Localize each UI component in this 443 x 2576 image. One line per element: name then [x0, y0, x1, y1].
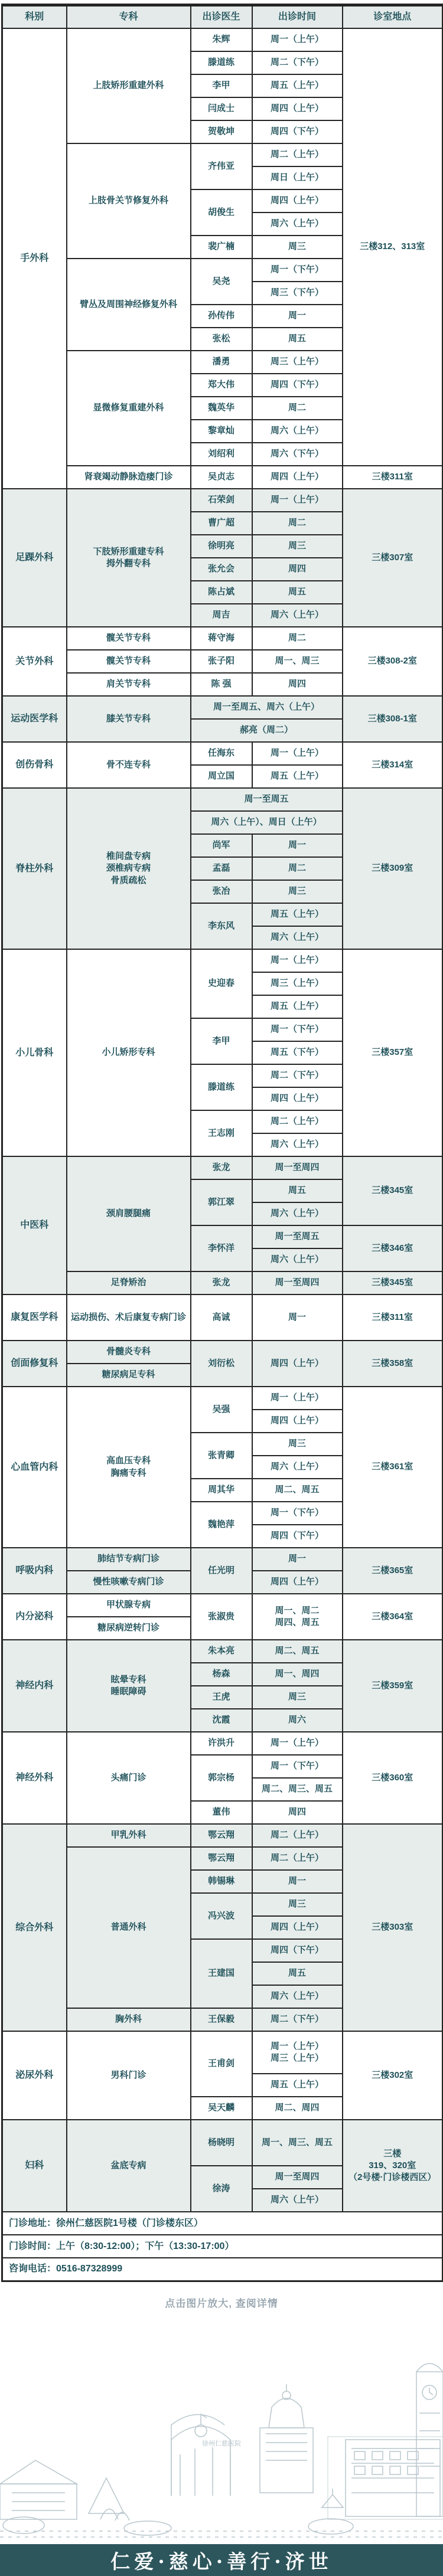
time-cell: 周四（上午） — [252, 1410, 343, 1433]
time-cell: 周二、周五 — [252, 1640, 343, 1663]
time-cell: 周一至周五 — [191, 788, 343, 811]
doctor-cell: 滕道练 — [191, 51, 252, 74]
dept-cell: 脊柱外科 — [2, 788, 67, 949]
time-cell: 周五 — [252, 1962, 343, 1985]
time-cell: 周二（上午） — [252, 1110, 343, 1133]
doctor-cell: 尚军 — [191, 834, 252, 857]
table-row: 心血管内科高血压专科胸痛专科吴强周一（上午）三楼361室 — [2, 1387, 443, 1410]
doctor-cell: 张松 — [191, 328, 252, 351]
dept-cell: 运动医学科 — [2, 696, 67, 742]
slogan-banner: 仁爱·慈心·善行·济世 — [0, 2544, 443, 2576]
specialty-cell: 髋关节专科 — [67, 627, 191, 650]
time-cell: 周一 — [252, 834, 343, 857]
time-cell: 周三（上午） — [252, 351, 343, 374]
table-row: 关节外科髋关节专科蒋守海周二三楼308-2室 — [2, 627, 443, 650]
table-row: 神经外科头痛门诊许洪升周一（上午）三楼360室 — [2, 1732, 443, 1755]
table-row: 创伤骨科骨不连专科任海东周一（上午）三楼314室 — [2, 742, 443, 765]
doctor-cell: 郭宗杨 — [191, 1755, 252, 1801]
specialty-cell: 小儿矫形专科 — [67, 949, 191, 1156]
doctor-cell: 任海东 — [191, 742, 252, 765]
dept-cell: 手外科 — [2, 28, 67, 489]
doctor-cell: 胡俊生 — [191, 189, 252, 236]
time-cell: 周四 — [252, 673, 343, 696]
header-cell: 科别 — [2, 5, 67, 29]
time-cell: 周二（上午） — [252, 143, 343, 166]
location-cell: 三楼361室 — [343, 1387, 443, 1548]
doctor-cell: 刘衍松 — [191, 1341, 252, 1387]
location-cell: 三楼345室 — [343, 1156, 443, 1225]
doctor-cell: 朱辉 — [191, 28, 252, 51]
time-cell: 周五（下午） — [252, 1041, 343, 1064]
time-cell: 周一（上午）周三（上午） — [252, 2031, 343, 2074]
doctor-cell: 徐涛 — [191, 2166, 252, 2212]
time-cell: 周六（上午） — [252, 213, 343, 236]
time-cell: 周五 — [252, 328, 343, 351]
footer-hours-cell: 门诊时间：上午（8:30-12:00）；下午（13:30-17:00） — [2, 2235, 443, 2258]
header-cell: 诊室地点 — [343, 5, 443, 29]
specialty-cell: 骨髓炎专科 — [67, 1341, 191, 1364]
doctor-cell: 张龙 — [191, 1271, 252, 1294]
doctor-cell: 许洪升 — [191, 1732, 252, 1755]
time-cell: 周四（上午） — [252, 1571, 343, 1594]
doctor-cell: 魏英华 — [191, 397, 252, 420]
time-cell: 周四（下午） — [252, 1939, 343, 1962]
location-cell: 三楼358室 — [343, 1341, 443, 1387]
doctor-cell: 王志刚 — [191, 1110, 252, 1156]
time-cell: 周四（上午） — [252, 189, 343, 213]
dept-cell: 创伤骨科 — [2, 742, 67, 788]
time-cell: 周五（上午） — [252, 995, 343, 1018]
time-cell: 周一至周五、周六（上午） — [191, 696, 343, 719]
specialty-cell: 肩关节专科 — [67, 673, 191, 696]
table-row: 足踝外科下肢矫形重建专科拇外翻专科石荣剑周一（上午）三楼307室 — [2, 489, 443, 512]
footer-phone-cell: 咨询电话：0516-87328999 — [2, 2258, 443, 2281]
time-cell: 周三 — [252, 1893, 343, 1916]
time-cell: 周二（下午） — [252, 2008, 343, 2031]
time-cell: 周四（上午） — [252, 1916, 343, 1939]
time-cell: 周六（上午） — [252, 926, 343, 949]
time-cell: 周五（上午） — [252, 2074, 343, 2097]
time-cell: 周一（下午） — [252, 1502, 343, 1525]
specialty-cell: 慢性咳嗽专病门诊 — [67, 1571, 191, 1594]
sketch-signage-text: 徐州仁慈医院 — [202, 2439, 241, 2447]
dept-cell: 内分泌科 — [2, 1594, 67, 1640]
time-cell: 周六 — [252, 1709, 343, 1732]
doctor-cell: 史迎春 — [191, 949, 252, 1018]
time-cell: 周一（下午） — [252, 1018, 343, 1041]
specialty-cell: 眩晕专科睡眠障碍 — [67, 1640, 191, 1732]
specialty-cell: 上肢骨关节修复外科 — [67, 143, 191, 259]
time-cell: 周一至周四 — [252, 2166, 343, 2189]
time-cell: 周一 — [252, 1548, 343, 1571]
table-row: 门诊时间：上午（8:30-12:00）；下午（13:30-17:00） — [2, 2235, 443, 2258]
specialty-cell: 显微修复重建外科 — [67, 351, 191, 466]
doctor-cell: 蒋守海 — [191, 627, 252, 650]
time-cell: 周六（上午） — [252, 604, 343, 627]
time-cell: 周四 — [252, 1801, 343, 1824]
doctor-cell: 曹广超 — [191, 512, 252, 535]
table-row: 足脊矫治张龙周一至周四三楼345室 — [2, 1271, 443, 1294]
specialty-cell: 运动损伤、术后康复专病门诊 — [67, 1294, 191, 1341]
table-row: 综合外科甲乳外科鄂云翔周二（上午）三楼303室 — [2, 1824, 443, 1847]
time-cell: 周六（下午） — [252, 443, 343, 466]
time-cell: 周三 — [252, 535, 343, 558]
doctor-cell: 刘绍利 — [191, 443, 252, 466]
specialty-cell: 头痛门诊 — [67, 1732, 191, 1824]
time-cell: 周六（上午） — [252, 2189, 343, 2212]
dept-cell: 小儿骨科 — [2, 949, 67, 1156]
time-cell: 周四（下午） — [252, 374, 343, 397]
doctor-cell: 张淑贵 — [191, 1594, 252, 1640]
doctor-cell: 吴贞志 — [191, 466, 252, 489]
doctor-cell: 齐伟亚 — [191, 143, 252, 189]
table-row: 运动医学科膝关节专科周一至周五、周六（上午）三楼308-1室 — [2, 696, 443, 719]
dept-cell: 神经内科 — [2, 1640, 67, 1732]
location-cell: 三楼311室 — [343, 1294, 443, 1341]
doctor-cell: 贺敬坤 — [191, 120, 252, 143]
doctor-cell: 郭江翠 — [191, 1179, 252, 1225]
table-row: 手外科上肢矫形重建外科朱辉周一（上午）三楼312、313室 — [2, 28, 443, 51]
specialty-cell: 骨不连专科 — [67, 742, 191, 788]
dept-cell: 神经外科 — [2, 1732, 67, 1824]
table-row: 肾衰竭动静脉造瘘门诊吴贞志周四（上午）三楼311室 — [2, 466, 443, 489]
table-row: 中医科颈肩腰腿痛张龙周一至周四三楼345室 — [2, 1156, 443, 1179]
doctor-cell: 杨晓明 — [191, 2120, 252, 2166]
specialty-cell: 颈肩腰腿痛 — [67, 1156, 191, 1271]
location-cell: 三楼346室 — [343, 1225, 443, 1271]
time-cell: 周一（上午） — [252, 1387, 343, 1410]
time-cell: 周四（下午） — [252, 1525, 343, 1548]
doctor-cell: 石荣剑 — [191, 489, 252, 512]
time-cell: 周三 — [252, 1433, 343, 1456]
time-cell: 周一、周三 — [252, 650, 343, 673]
time-cell: 周一（上午） — [252, 28, 343, 51]
dept-cell: 心血管内科 — [2, 1387, 67, 1548]
time-cell: 周二 — [252, 397, 343, 420]
time-cell: 周六（上午） — [252, 1248, 343, 1271]
doctor-cell: 郑大伟 — [191, 374, 252, 397]
dept-cell: 中医科 — [2, 1156, 67, 1294]
time-cell: 周六（上午） — [252, 1133, 343, 1156]
doctor-cell: 闫成士 — [191, 97, 252, 120]
dept-cell: 综合外科 — [2, 1824, 67, 2031]
doctor-cell: 王甫剑 — [191, 2031, 252, 2097]
schedule-image[interactable]: 科别专科出诊医生出诊时间诊室地点 手外科上肢矫形重建外科朱辉周一（上午）三楼31… — [0, 0, 443, 2282]
time-cell: 周二 — [252, 857, 343, 880]
footer-address-cell: 门诊地址：徐州仁慈医院1号楼（门诊楼东区） — [2, 2212, 443, 2235]
doctor-cell: 张允会 — [191, 558, 252, 581]
time-cell: 周三 — [252, 236, 343, 259]
doctor-cell: 魏艳萍 — [191, 1502, 252, 1548]
time-cell: 周一、周三、周五 — [252, 2120, 343, 2166]
doctor-cell: 徐明亮 — [191, 535, 252, 558]
doctor-cell: 李甲 — [191, 1018, 252, 1064]
doctor-cell: 张龙 — [191, 1156, 252, 1179]
specialty-cell: 髋关节专科 — [67, 650, 191, 673]
specialty-cell: 盆底专病 — [67, 2120, 191, 2212]
doctor-cell: 吴天麟 — [191, 2097, 252, 2120]
table-row: 康复医学科运动损伤、术后康复专病门诊高诚周一三楼311室 — [2, 1294, 443, 1341]
specialty-cell: 上肢矫形重建外科 — [67, 28, 191, 143]
location-cell: 三楼365室 — [343, 1548, 443, 1594]
time-cell: 周五（上午） — [252, 765, 343, 788]
time-cell: 周一、周二周四、周五 — [252, 1594, 343, 1640]
doctor-cell: 张青卿 — [191, 1433, 252, 1479]
doctor-cell: 吴尧 — [191, 259, 252, 305]
schedule-table: 科别专科出诊医生出诊时间诊室地点 手外科上肢矫形重建外科朱辉周一（上午）三楼31… — [1, 4, 443, 2282]
location-cell: 三楼314室 — [343, 742, 443, 788]
time-cell: 周日（上午） — [252, 166, 343, 189]
enlarge-hint-text: 点击图片放大, 查阅详情 — [0, 2295, 443, 2310]
location-cell: 三楼364室 — [343, 1594, 443, 1640]
time-cell: 周二（下午） — [252, 1064, 343, 1087]
location-cell: 三楼359室 — [343, 1640, 443, 1732]
specialty-cell: 糖尿病逆转门诊 — [67, 1617, 191, 1640]
time-cell: 周一（下午） — [252, 259, 343, 282]
specialty-cell: 高血压专科胸痛专科 — [67, 1387, 191, 1548]
doctor-cell: 沈霞 — [191, 1709, 252, 1732]
doctor-cell: 任光明 — [191, 1548, 252, 1594]
time-cell: 周二、周五 — [252, 1479, 343, 1502]
doctor-cell: 李东风 — [191, 903, 252, 949]
time-cell: 周一至周五 — [252, 1225, 343, 1248]
location-cell: 三楼309室 — [343, 788, 443, 949]
time-cell: 周二 — [252, 512, 343, 535]
time-cell: 周二（上午） — [252, 1824, 343, 1847]
doctor-cell: 潘勇 — [191, 351, 252, 374]
doctor-cell: 吴强 — [191, 1387, 252, 1433]
doctor-cell: 杨森 — [191, 1663, 252, 1686]
doctor-cell: 孟磊 — [191, 857, 252, 880]
time-cell: 周一至周四 — [252, 1271, 343, 1294]
doctor-cell: 鄂云翔 — [191, 1824, 252, 1847]
dept-cell: 泌尿外科 — [2, 2031, 67, 2120]
dept-cell: 呼吸内科 — [2, 1548, 67, 1594]
table-row: 呼吸内科肺结节专病门诊任光明周一三楼365室 — [2, 1548, 443, 1571]
time-cell: 周四（上午） — [252, 1087, 343, 1110]
specialty-cell: 糖尿病足专科 — [67, 1364, 191, 1387]
table-row: 泌尿外科男科门诊王甫剑周一（上午）周三（上午）三楼302室 — [2, 2031, 443, 2074]
doctor-cell: 孙传伟 — [191, 305, 252, 328]
time-cell: 周一（下午） — [252, 1755, 343, 1778]
doctor-cell: 周立国 — [191, 765, 252, 788]
doctor-cell: 张冶 — [191, 880, 252, 903]
specialty-cell: 椎间盘专病颈椎病专病骨质疏松 — [67, 788, 191, 949]
header-cell: 专科 — [67, 5, 191, 29]
location-cell: 三楼307室 — [343, 489, 443, 627]
time-cell: 周二（下午） — [252, 51, 343, 74]
time-cell: 周六（上午）、周日（上午） — [191, 811, 343, 834]
table-row: 脊柱外科椎间盘专病颈椎病专病骨质疏松周一至周五三楼309室 — [2, 788, 443, 811]
dept-cell: 康复医学科 — [2, 1294, 67, 1341]
specialty-cell: 膝关节专科 — [67, 696, 191, 742]
time-cell: 周一（上午） — [252, 489, 343, 512]
doctor-cell: 王虎 — [191, 1686, 252, 1709]
time-cell: 周五 — [252, 1179, 343, 1202]
time-cell: 周一（上午） — [252, 742, 343, 765]
location-cell: 三楼308-1室 — [343, 696, 443, 742]
time-cell: 周六（上午） — [252, 420, 343, 443]
doctor-cell: 鄂云翔 — [191, 1847, 252, 1870]
time-cell: 周四（上午） — [252, 1341, 343, 1387]
header-cell: 出诊时间 — [252, 5, 343, 29]
location-cell: 三楼302室 — [343, 2031, 443, 2120]
doctor-cell: 董伟 — [191, 1801, 252, 1824]
slogan-text: 仁爱·慈心·善行·济世 — [110, 2546, 332, 2574]
time-cell: 周一 — [252, 305, 343, 328]
location-cell: 三楼303室 — [343, 1824, 443, 2031]
specialty-cell: 甲乳外科 — [67, 1824, 191, 1847]
time-cell: 周五 — [252, 581, 343, 604]
doctor-cell: 王建国 — [191, 1939, 252, 2008]
time-cell: 周六（上午） — [252, 1202, 343, 1225]
specialty-cell: 男科门诊 — [67, 2031, 191, 2120]
time-cell: 周三 — [252, 1686, 343, 1709]
time-cell: 周六（上午） — [252, 1456, 343, 1479]
time-cell: 周一至周四 — [252, 1156, 343, 1179]
time-cell: 周三（下午） — [252, 282, 343, 305]
location-cell: 三楼319、320室（2号楼·门诊楼西区） — [343, 2120, 443, 2212]
specialty-cell: 足脊矫治 — [67, 1271, 191, 1294]
time-cell: 周五（上午） — [252, 74, 343, 97]
doctor-cell: 陈占斌 — [191, 581, 252, 604]
time-cell: 周五（上午） — [252, 903, 343, 926]
time-cell: 周四（上午） — [252, 466, 343, 489]
table-row: 妇科盆底专病杨晓明周一、周三、周五三楼319、320室（2号楼·门诊楼西区） — [2, 2120, 443, 2166]
specialty-cell: 臂丛及周围神经修复外科 — [67, 259, 191, 351]
time-cell: 周六（上午） — [252, 1985, 343, 2008]
doctor-cell: 裴广楠 — [191, 236, 252, 259]
doctor-cell: 韩锡琳 — [191, 1870, 252, 1893]
hospital-illustration: 徐州仁慈医院 — [0, 2336, 443, 2544]
table-row: 小儿骨科小儿矫形专科史迎春周一（上午）三楼357室 — [2, 949, 443, 972]
time-cell: 周三 — [252, 880, 343, 903]
doctor-cell: 朱本亮 — [191, 1640, 252, 1663]
doctor-cell: 陈 强 — [191, 673, 252, 696]
specialty-cell: 胸外科 — [67, 2008, 191, 2031]
location-cell: 三楼360室 — [343, 1732, 443, 1824]
specialty-cell: 肾衰竭动静脉造瘘门诊 — [67, 466, 191, 489]
location-cell: 三楼357室 — [343, 949, 443, 1156]
location-cell: 三楼311室 — [343, 466, 443, 489]
specialty-cell: 肺结节专病门诊 — [67, 1548, 191, 1571]
time-cell: 周一（上午） — [252, 949, 343, 972]
doctor-cell: 黎章灿 — [191, 420, 252, 443]
doctor-cell: 滕道练 — [191, 1064, 252, 1110]
dept-cell: 创面修复科 — [2, 1341, 67, 1387]
specialty-cell: 下肢矫形重建专科拇外翻专科 — [67, 489, 191, 627]
dept-cell: 足踝外科 — [2, 489, 67, 627]
doctor-cell: 周其华 — [191, 1479, 252, 1502]
time-cell: 周四（下午） — [252, 120, 343, 143]
location-cell: 三楼308-2室 — [343, 627, 443, 696]
location-cell: 三楼345室 — [343, 1271, 443, 1294]
header-row: 科别专科出诊医生出诊时间诊室地点 — [2, 5, 443, 29]
dept-cell: 妇科 — [2, 2120, 67, 2212]
time-cell: 周一 — [252, 1870, 343, 1893]
time-cell: 周二、周三、周五 — [252, 1778, 343, 1801]
header-cell: 出诊医生 — [191, 5, 252, 29]
table-row: 咨询电话：0516-87328999 — [2, 2258, 443, 2281]
time-cell: 周一、周四 — [252, 1663, 343, 1686]
table-row: 创面修复科骨髓炎专科刘衍松周四（上午）三楼358室 — [2, 1341, 443, 1364]
doctor-cell: 高诚 — [191, 1294, 252, 1341]
table-body: 手外科上肢矫形重建外科朱辉周一（上午）三楼312、313室滕道练周二（下午）李甲… — [2, 28, 443, 2281]
time-cell: 周三（上午） — [252, 972, 343, 995]
specialty-cell: 甲状腺专病 — [67, 1594, 191, 1617]
doctor-cell: 冯兴波 — [191, 1893, 252, 1939]
table-header: 科别专科出诊医生出诊时间诊室地点 — [2, 5, 443, 29]
time-cell: 周二 — [252, 627, 343, 650]
time-cell: 周四（上午） — [252, 97, 343, 120]
time-cell: 周二、周四 — [252, 2097, 343, 2120]
time-cell: 郝亮（周二） — [191, 719, 343, 742]
location-cell: 三楼312、313室 — [343, 28, 443, 466]
dept-cell: 关节外科 — [2, 627, 67, 696]
table-row: 神经内科眩晕专科睡眠障碍朱本亮周二、周五三楼359室 — [2, 1640, 443, 1663]
doctor-cell: 张子阳 — [191, 650, 252, 673]
time-cell: 周四 — [252, 558, 343, 581]
time-cell: 周一 — [252, 1294, 343, 1341]
doctor-cell: 周吉 — [191, 604, 252, 627]
doctor-cell: 李怀洋 — [191, 1225, 252, 1271]
doctor-cell: 王保毅 — [191, 2008, 252, 2031]
time-cell: 周一（上午） — [252, 1732, 343, 1755]
table-row: 门诊地址：徐州仁慈医院1号楼（门诊楼东区） — [2, 2212, 443, 2235]
specialty-cell: 普通外科 — [67, 1847, 191, 2008]
table-row: 内分泌科甲状腺专病张淑贵周一、周二周四、周五三楼364室 — [2, 1594, 443, 1617]
time-cell: 周二（上午） — [252, 1847, 343, 1870]
doctor-cell: 李甲 — [191, 74, 252, 97]
